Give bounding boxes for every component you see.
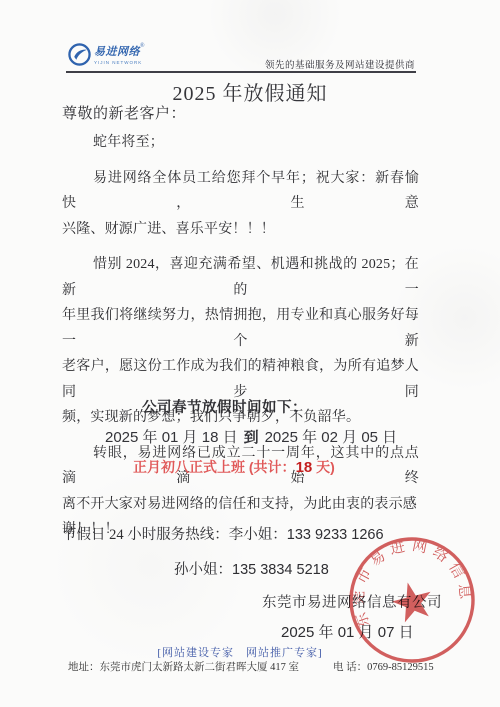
paragraph: 蛇年将至；: [62, 130, 419, 156]
salutation: 尊敬的新老客户：: [62, 102, 186, 123]
hotline-label: 节假日 24 小时服务热线：: [62, 527, 229, 543]
body-text: 蛇年将至； 易进网络全体员工给您拜个早年；祝大家：新春愉快，生意 兴隆、财源广进…: [62, 130, 419, 543]
footer-address: 地址：东莞市虎门太新路太新二街君晖大厦 417 室: [68, 659, 299, 674]
contact1-name: 李小姐：: [229, 527, 287, 543]
holiday-heading: 公司春节放假时间如下：: [142, 396, 307, 417]
return-notice-text: 正月初八正式上班 (共计：: [133, 459, 296, 475]
logo-swoosh-icon: [68, 43, 91, 66]
holiday-notice-document: 易进网络® YIJIN NETWORK 领先的基础服务及网站建设提供商 2025…: [0, 0, 500, 707]
service-contact2-line: 孙小姐：135 3834 5218: [174, 558, 329, 579]
logo-subtitle: YIJIN NETWORK: [94, 61, 145, 66]
footer-phone: 电 话：0769-85129515: [333, 659, 434, 674]
return-notice-suffix: 天): [312, 459, 335, 475]
contact2-phone: 135 3834 5218: [232, 562, 329, 578]
holiday-date-range: 2025 年 01 月 18 日到2025 年 02 月 05 日: [105, 426, 397, 447]
registered-mark: ®: [140, 43, 145, 49]
seal-text: 东莞市易进网络信息有限公司: [342, 530, 477, 637]
holiday-start-date: 2025 年 01 月 18 日: [105, 429, 238, 446]
company-logo: 易进网络® YIJIN NETWORK: [68, 43, 145, 66]
paragraph-line: 易进网络全体员工给您拜个早年；祝大家：新春愉快，生意: [62, 166, 419, 217]
paragraph-line: 年里我们将继续努力，热情拥抱，用专业和真心服务好每一个新: [62, 303, 419, 354]
header-rule: [66, 71, 416, 73]
total-days-count: 18: [296, 459, 313, 476]
holiday-end-date: 2025 年 02 月 05 日: [265, 429, 398, 446]
service-hotline-line: 节假日 24 小时服务热线：李小姐：133 9233 1266: [62, 523, 384, 544]
paragraph-line: 蛇年将至；: [62, 130, 419, 156]
header-tagline: 领先的基础服务及网站建设提供商: [265, 57, 415, 71]
paragraph: 易进网络全体员工给您拜个早年；祝大家：新春愉快，生意 兴隆、财源广进、喜乐平安！…: [62, 166, 419, 243]
logo-brand-name: 易进网络: [94, 46, 140, 58]
paragraph-line: 兴隆、财源广进、喜乐平安！！！: [62, 217, 419, 243]
contact2-name: 孙小姐：: [174, 562, 232, 578]
paragraph-line: 惜别 2024，喜迎充满希望、机遇和挑战的 2025；在新的一: [62, 252, 419, 303]
return-to-work-notice: 正月初八正式上班 (共计：18 天): [133, 457, 335, 477]
date-range-connector: 到: [244, 429, 259, 446]
footer-slogan: [网站建设专家 网站推广专家]: [0, 644, 480, 660]
logo-text: 易进网络® YIJIN NETWORK: [94, 43, 145, 66]
seal-star-icon: [388, 578, 436, 625]
